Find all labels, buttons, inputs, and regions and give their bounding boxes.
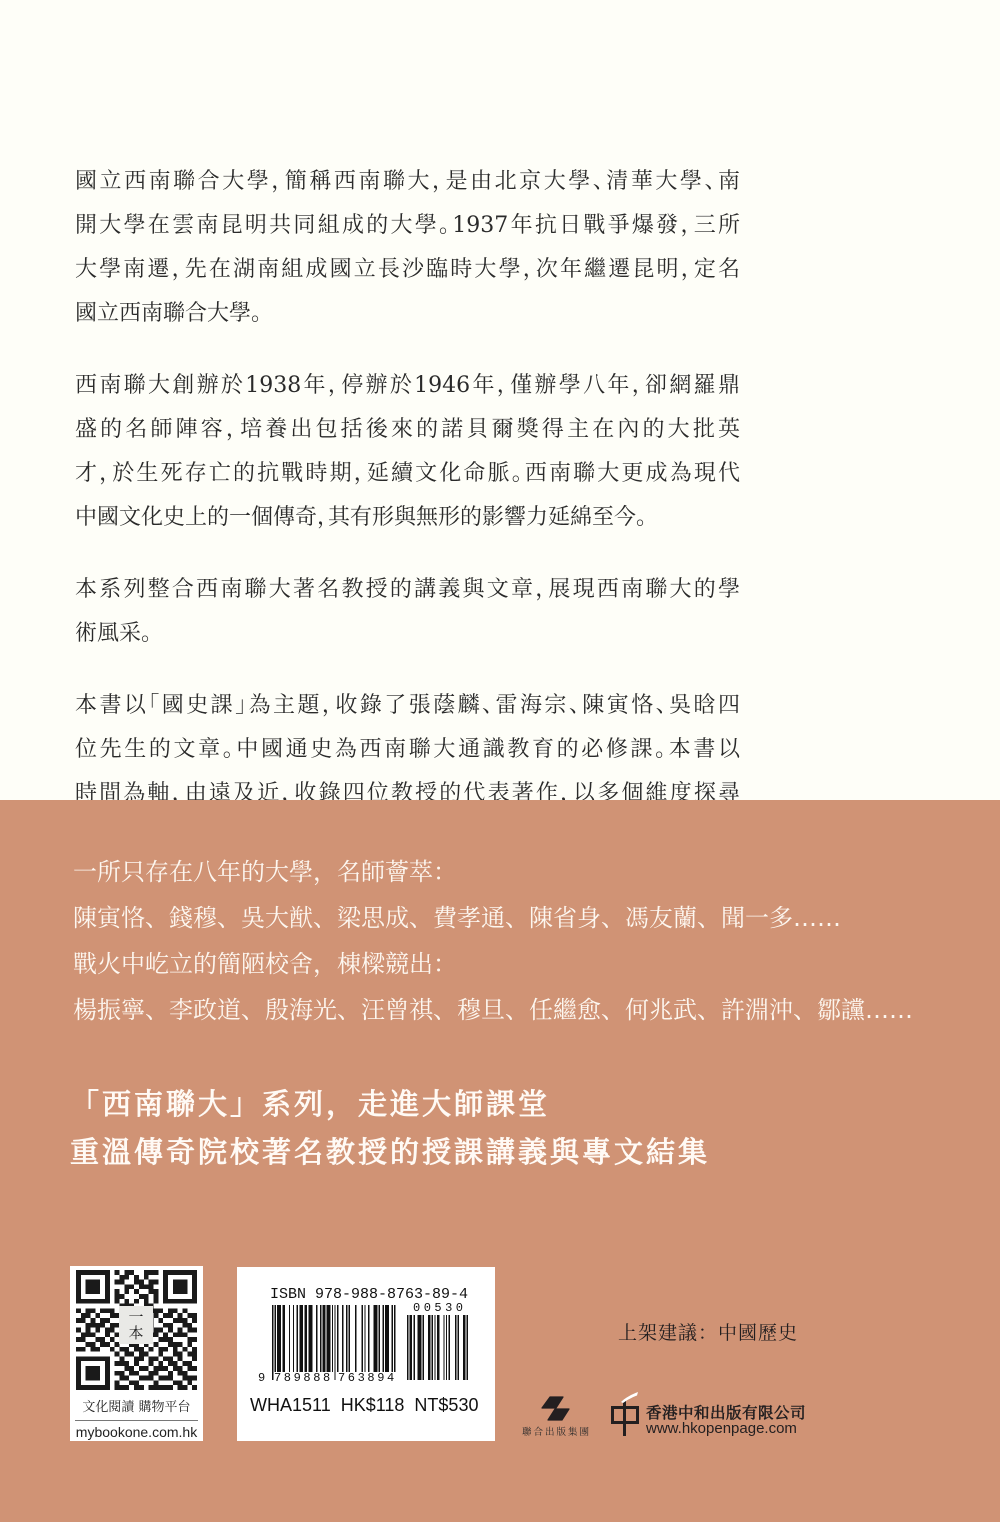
highlight-intro: 一所只存在八年的大學，名師薈萃： 陳寅恪、錢穆、吳大猷、梁思成、費孝通、陳省身、…	[73, 849, 913, 1033]
qr-caption: 文化閱讀 購物平台	[70, 1400, 203, 1416]
blurb-line: 大學南遷，先在湖南組成國立長沙臨時大學，次年繼遷昆明，定名	[75, 248, 740, 292]
isbn-barcode-block: ISBN 978-988-8763-89-4 00530 9 789888 76…	[237, 1267, 495, 1441]
publisher-name-sino-united: 聯合出版集團	[522, 1427, 591, 1439]
blurb-paragraph-4: 本書以「國史課」為主題，收錄了張蔭麟、雷海宗、陳寅恪、吳晗四 位先生的文章。中國…	[75, 684, 740, 800]
blurb-line-clipped: 時間為軸，由遠及近，收錄四位教授的代表著作，以多個維度探尋	[75, 772, 740, 800]
sino-united-publishing-logo-icon	[538, 1394, 572, 1422]
price-ntd: NT$530	[414, 1395, 478, 1415]
qr-divider	[75, 1420, 198, 1421]
shelf-label: 上架建議：	[618, 1322, 718, 1344]
qr-logo-text: 一本	[126, 1309, 147, 1341]
shelf-suggestion: 上架建議：中國歷史	[618, 1321, 798, 1345]
blurb-line: 開大學在雲南昆明共同組成的大學。1937年抗日戰爭爆發，三所	[75, 204, 740, 248]
qr-url: mybookone.com.hk	[70, 1424, 203, 1440]
headline-line: 重溫傳奇院校著名教授的授課講義與專文結集	[70, 1128, 710, 1176]
barcode-left-digits: 789888	[274, 1372, 333, 1385]
blurb-line: 中國文化史上的一個傳奇，其有形與無形的影響力延綿至今。	[75, 496, 740, 540]
zhonghe-publishing-logo-icon	[609, 1390, 641, 1438]
blurb-line: 位先生的文章。中國通史為西南聯大通識教育的必修課。本書以	[75, 728, 740, 772]
barcode-lead-digit: 9	[258, 1372, 268, 1385]
intro-line: 戰火中屹立的簡陋校舍，棟樑競出：	[73, 941, 913, 987]
cover-lower-panel: 一所只存在八年的大學，名師薈萃： 陳寅恪、錢穆、吳大猷、梁思成、費孝通、陳省身、…	[0, 800, 1000, 1522]
intro-line: 楊振寧、李政道、殷海光、汪曾祺、穆旦、任繼愈、何兆武、許淵沖、鄒讜……	[73, 987, 913, 1033]
qr-center-logo: 一本	[119, 1306, 153, 1344]
headline-line: 「西南聯大」系列，走進大師課堂	[70, 1080, 710, 1128]
intro-line: 陳寅恪、錢穆、吳大猷、梁思成、費孝通、陳省身、馮友蘭、聞一多……	[73, 895, 913, 941]
blurb-line: 本書以「國史課」為主題，收錄了張蔭麟、雷海宗、陳寅恪、吳晗四	[75, 684, 740, 728]
blurb-paragraph-3: 本系列整合西南聯大著名教授的講義與文章，展現西南聯大的學 術風采。	[75, 568, 740, 656]
intro-line: 一所只存在八年的大學，名師薈萃：	[73, 849, 913, 895]
blurb-line: 國立西南聯合大學，簡稱西南聯大，是由北京大學、清華大學、南	[75, 160, 740, 204]
blurb-line: 才，於生死存亡的抗戰時期，延續文化命脈。西南聯大更成為現代	[75, 452, 740, 496]
blurb-paragraph-1: 國立西南聯合大學，簡稱西南聯大，是由北京大學、清華大學、南 開大學在雲南昆明共同…	[75, 160, 740, 336]
blurb-line: 國立西南聯合大學。	[75, 292, 740, 336]
blurb-line: 西南聯大創辦於1938年，停辦於1946年，僅辦學八年，卻網羅鼎	[75, 364, 740, 408]
product-code: WHA1511	[250, 1395, 331, 1415]
ean13-barcode-icon	[272, 1305, 396, 1380]
blurb-line: 本系列整合西南聯大著名教授的講義與文章，展現西南聯大的學	[75, 568, 740, 612]
blurb-paragraph-2: 西南聯大創辦於1938年，停辦於1946年，僅辦學八年，卻網羅鼎 盛的名師陣容，…	[75, 364, 740, 540]
publisher-url: www.hkopenpage.com	[646, 1421, 797, 1437]
barcode-addon-number: 00530	[413, 1302, 467, 1315]
blurb-line: 盛的名師陣容，培養出包括後來的諾貝爾獎得主在內的大批英	[75, 408, 740, 452]
qr-code-block: 一本 文化閱讀 購物平台 mybookone.com.hk	[70, 1266, 203, 1441]
blurb-text: 國立西南聯合大學，簡稱西南聯大，是由北京大學、清華大學、南 開大學在雲南昆明共同…	[75, 160, 740, 800]
blurb-line: 術風采。	[75, 612, 740, 656]
series-headline: 「西南聯大」系列，走進大師課堂 重溫傳奇院校著名教授的授課講義與專文結集	[70, 1080, 710, 1176]
ean5-addon-barcode-icon	[407, 1315, 468, 1380]
price-line: WHA1511HK$118NT$530	[250, 1395, 478, 1415]
shelf-category: 中國歷史	[718, 1322, 798, 1344]
cover-upper-area: 國立西南聯合大學，簡稱西南聯大，是由北京大學、清華大學、南 開大學在雲南昆明共同…	[0, 0, 1000, 800]
barcode-right-digits: 763894	[338, 1372, 397, 1385]
price-hkd: HK$118	[341, 1395, 405, 1415]
